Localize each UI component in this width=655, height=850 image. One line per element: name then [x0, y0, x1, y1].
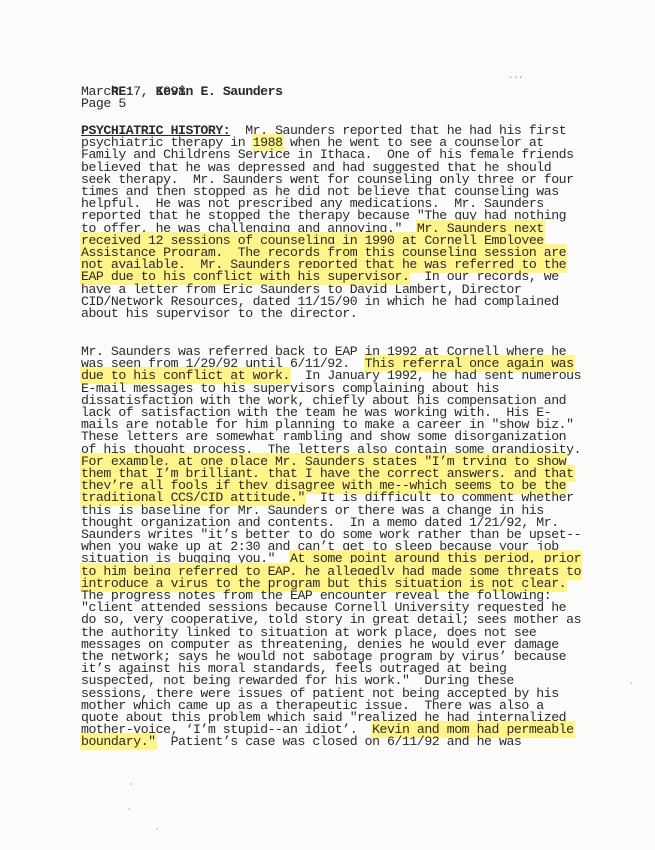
- corner-mark: ...: [508, 70, 523, 82]
- scan-speck: [128, 808, 130, 810]
- text-run: Patient’s case was closed on 6/11/92 and…: [156, 734, 522, 749]
- scan-speck: [130, 783, 132, 785]
- scan-speck: [630, 682, 632, 684]
- text-line: about his supervisor to the director.: [81, 308, 357, 320]
- page-number: Page 5: [81, 98, 126, 110]
- document-page: RE: Kevin E. Saunders March 17, 1998 Pag…: [0, 0, 655, 850]
- text-line: boundary." Patient’s case was closed on …: [81, 736, 521, 748]
- text-run: about his supervisor to the director.: [81, 306, 357, 321]
- highlighted-text: boundary.": [81, 734, 156, 749]
- scan-speck: [156, 828, 158, 830]
